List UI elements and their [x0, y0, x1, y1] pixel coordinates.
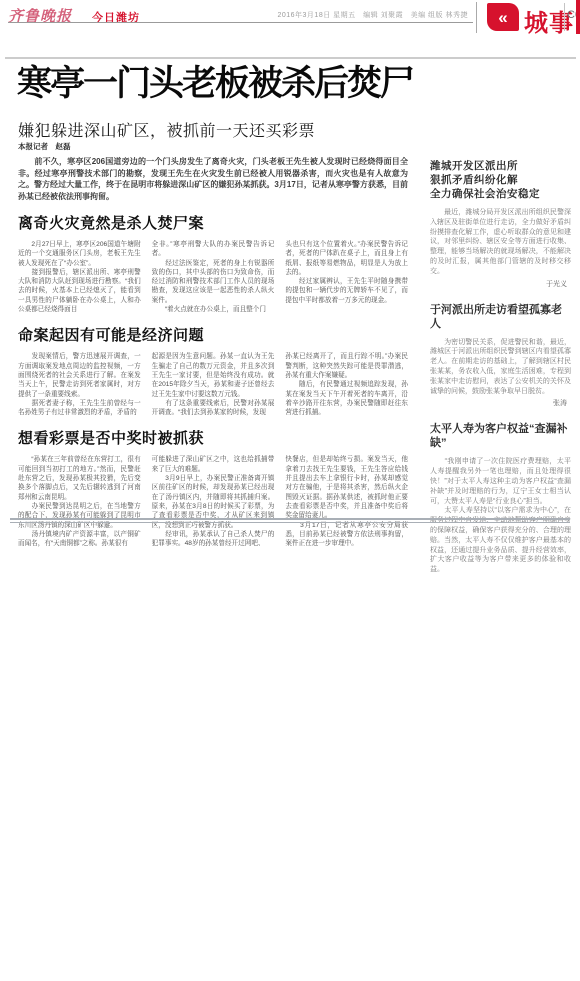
section-badge-icon: «	[487, 3, 519, 31]
masthead-underline	[8, 22, 473, 23]
body-column: 全非。”寒亭刑警大队的办案民警告诉记者。 经过法医鉴定，死者的身上有锐器所致的伤…	[152, 240, 275, 314]
section-heading: 命案起因有可能是经济问题	[18, 324, 408, 345]
brief-body: 最近，潍城分局开发区派出所组织民警深入辖区及驻街单位进行走访，全力做好矛盾纠纷摸…	[430, 208, 571, 277]
brief-body: 为密切警民关系，促进警民和谐，最近，潍城区于河派出所组织民警到辖区内看望孤寡老人…	[430, 338, 571, 397]
body-column: 起源是因为生意问题。孙某一直认为王先生骗走了自己的数万元资金，并且多次到王先生一…	[152, 352, 275, 417]
brief-title-line: 潍城开发区派出所	[430, 159, 571, 173]
brief-article-2: 于河派出所走访看望孤寡老人 为密切警民关系，促进警民和谐，最近，潍城区于河派出所…	[430, 303, 571, 409]
lead-paragraph: 前不久，寒亭区206国道旁边的一个门头房发生了离奇火灾，门头老板王先生被人发现时…	[18, 156, 408, 202]
body-column: 快餐店，但是却始终亏损。案发当天，他拿着刀去找王先生要钱，王先生答应给钱并且提出…	[285, 455, 408, 548]
brief-title-line: 全力确保社会治安稳定	[430, 187, 571, 201]
column-row: 2月27日早上，寒亭区206国道午塘附近的一个交通服务区门头房，老板王先生被人发…	[18, 240, 408, 314]
body-column: 发现案情后，警方迅速展开调查，一方面调取案发地点周边的监控视频，一方面围绕死者的…	[18, 352, 141, 417]
header-divider	[564, 3, 565, 31]
main-article: 前不久，寒亭区206国道旁边的一个门头房发生了离奇火灾，门头老板王先生被人发现时…	[18, 156, 408, 548]
main-headline: 寒亭一门头老板被杀后焚尸	[17, 62, 423, 106]
brief-signature: 于光义	[430, 279, 571, 289]
sidebar-briefs: 潍城开发区派出所 狠抓矛盾纠纷化解 全力确保社会治安稳定 最近，潍城分局开发区派…	[430, 159, 571, 575]
brief-article-3: 太平人寿为客户权益“查漏补缺” “我刚申请了一次住院医疗费理赔，太平人寿提醒我另…	[430, 422, 571, 575]
body-column: 头也只有这个位置着火。”办案民警告诉记者，死者的尸体趴在桌子上，而且身上有纸屑、…	[285, 240, 408, 314]
brief-signature: 张涛	[430, 398, 571, 408]
sub-headline: 嫌犯躲进深山矿区，被抓前一天还买彩票	[18, 118, 315, 141]
brief-body: “我刚申请了一次住院医疗费理赔，太平人寿提醒我另外一笔也理赔，而且处理得很快！”…	[430, 457, 571, 575]
body-column: 孙某已经离开了，而且行踪不明。”办案民警判断，这种突然失踪可能是畏罪潜逃，孙某有…	[285, 352, 408, 417]
dateline: 2016年3月18日 星期五 编辑 刘聚霞 美编 组版 林秀捷	[260, 10, 468, 20]
column-row: 发现案情后，警方迅速展开调查，一方面调取案发地点周边的监控视频，一方面围绕死者的…	[18, 352, 408, 417]
brief-title-line: 狠抓矛盾纠纷化解	[430, 173, 571, 187]
byline: 本报记者 赵磊	[18, 141, 71, 152]
header-divider	[476, 2, 477, 33]
brief-title: 太平人寿为客户权益“查漏补缺”	[430, 422, 571, 450]
body-column: 可能躲进了深山矿区之中，这也给抓捕带来了巨大的难题。 3月9日早上，办案民警正准…	[152, 455, 275, 548]
article-section-3: 想看彩票是否中奖时被抓获 “孙某在三年前曾经在东营打工，很有可能回到当初打工的地…	[18, 427, 408, 548]
brief-title: 于河派出所走访看望孤寡老人	[430, 303, 571, 331]
article-section-2: 命案起因有可能是经济问题 发现案情后，警方迅速展开调查，一方面调取案发地点周边的…	[18, 324, 408, 417]
bottom-rule	[10, 518, 570, 523]
section-heading: 离奇火灾竟然是杀人焚尸案	[18, 212, 408, 233]
article-section-1: 离奇火灾竟然是杀人焚尸案 2月27日早上，寒亭区206国道午塘附近的一个交通服务…	[18, 212, 408, 314]
body-column: 2月27日早上，寒亭区206国道午塘附近的一个交通服务区门头房，老板王先生被人发…	[18, 240, 141, 314]
section-heading: 想看彩票是否中奖时被抓获	[18, 427, 408, 448]
page-edge-accent	[576, 0, 580, 34]
column-row: “孙某在三年前曾经在东营打工，很有可能回到当初打工的地方。”然而，民警赶赴东营之…	[18, 455, 408, 548]
header-rule	[5, 57, 576, 59]
body-column: “孙某在三年前曾经在东营打工，很有可能回到当初打工的地方。”然而，民警赶赴东营之…	[18, 455, 141, 548]
brief-article-1: 潍城开发区派出所 狠抓矛盾纠纷化解 全力确保社会治安稳定 最近，潍城分局开发区派…	[430, 159, 571, 289]
